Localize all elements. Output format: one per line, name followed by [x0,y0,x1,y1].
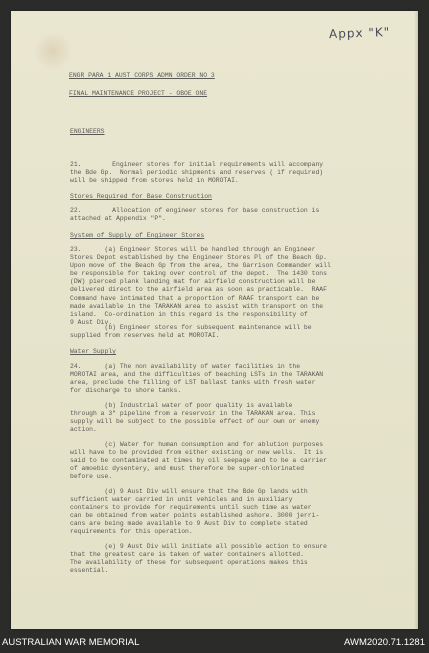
paragraph-24a: 24. (a) The non availability of water fa… [70,363,323,395]
heading-base-construction: Stores Required for Base Construction [70,193,212,201]
paragraph-23b: (b) Engineer stores for subsequent maint… [70,324,312,340]
footer-reference: AWM2020.71.1281 [344,637,425,648]
heading-supply-system: System of Supply of Engineer Stores [70,232,204,240]
paragraph-21: 21. Engineer stores for initial requirem… [70,161,323,185]
heading-water-supply: Water Supply [70,348,116,356]
title-line-1: ENGR PARA 1 AUST CORPS ADMN ORDER NO 3 [69,72,215,80]
paragraph-22: 22. Allocation of engineer stores for ba… [70,207,319,223]
document-page: Appx "K" ENGR PARA 1 AUST CORPS ADMN ORD… [11,11,418,629]
paragraph-24e: (e) 9 Aust Div will initiate all possibl… [70,543,327,575]
paragraph-23a: 23. (a) Engineer Stores will be handled … [70,246,331,327]
paper-stain [33,31,73,71]
heading-engineers: ENGINEERS [70,128,105,136]
paragraph-24c: (c) Water for human consumption and for … [70,441,327,481]
paragraph-24d: (d) 9 Aust Div will ensure that the Bde … [70,488,319,537]
paragraph-24b: (b) Industrial water of poor quality is … [70,402,319,434]
footer-institution: AUSTRALIAN WAR MEMORIAL [2,637,139,648]
title-line-2: FINAL MAINTENANCE PROJECT - OBOE ONE [69,90,207,98]
handwritten-annotation: Appx "K" [329,25,391,41]
